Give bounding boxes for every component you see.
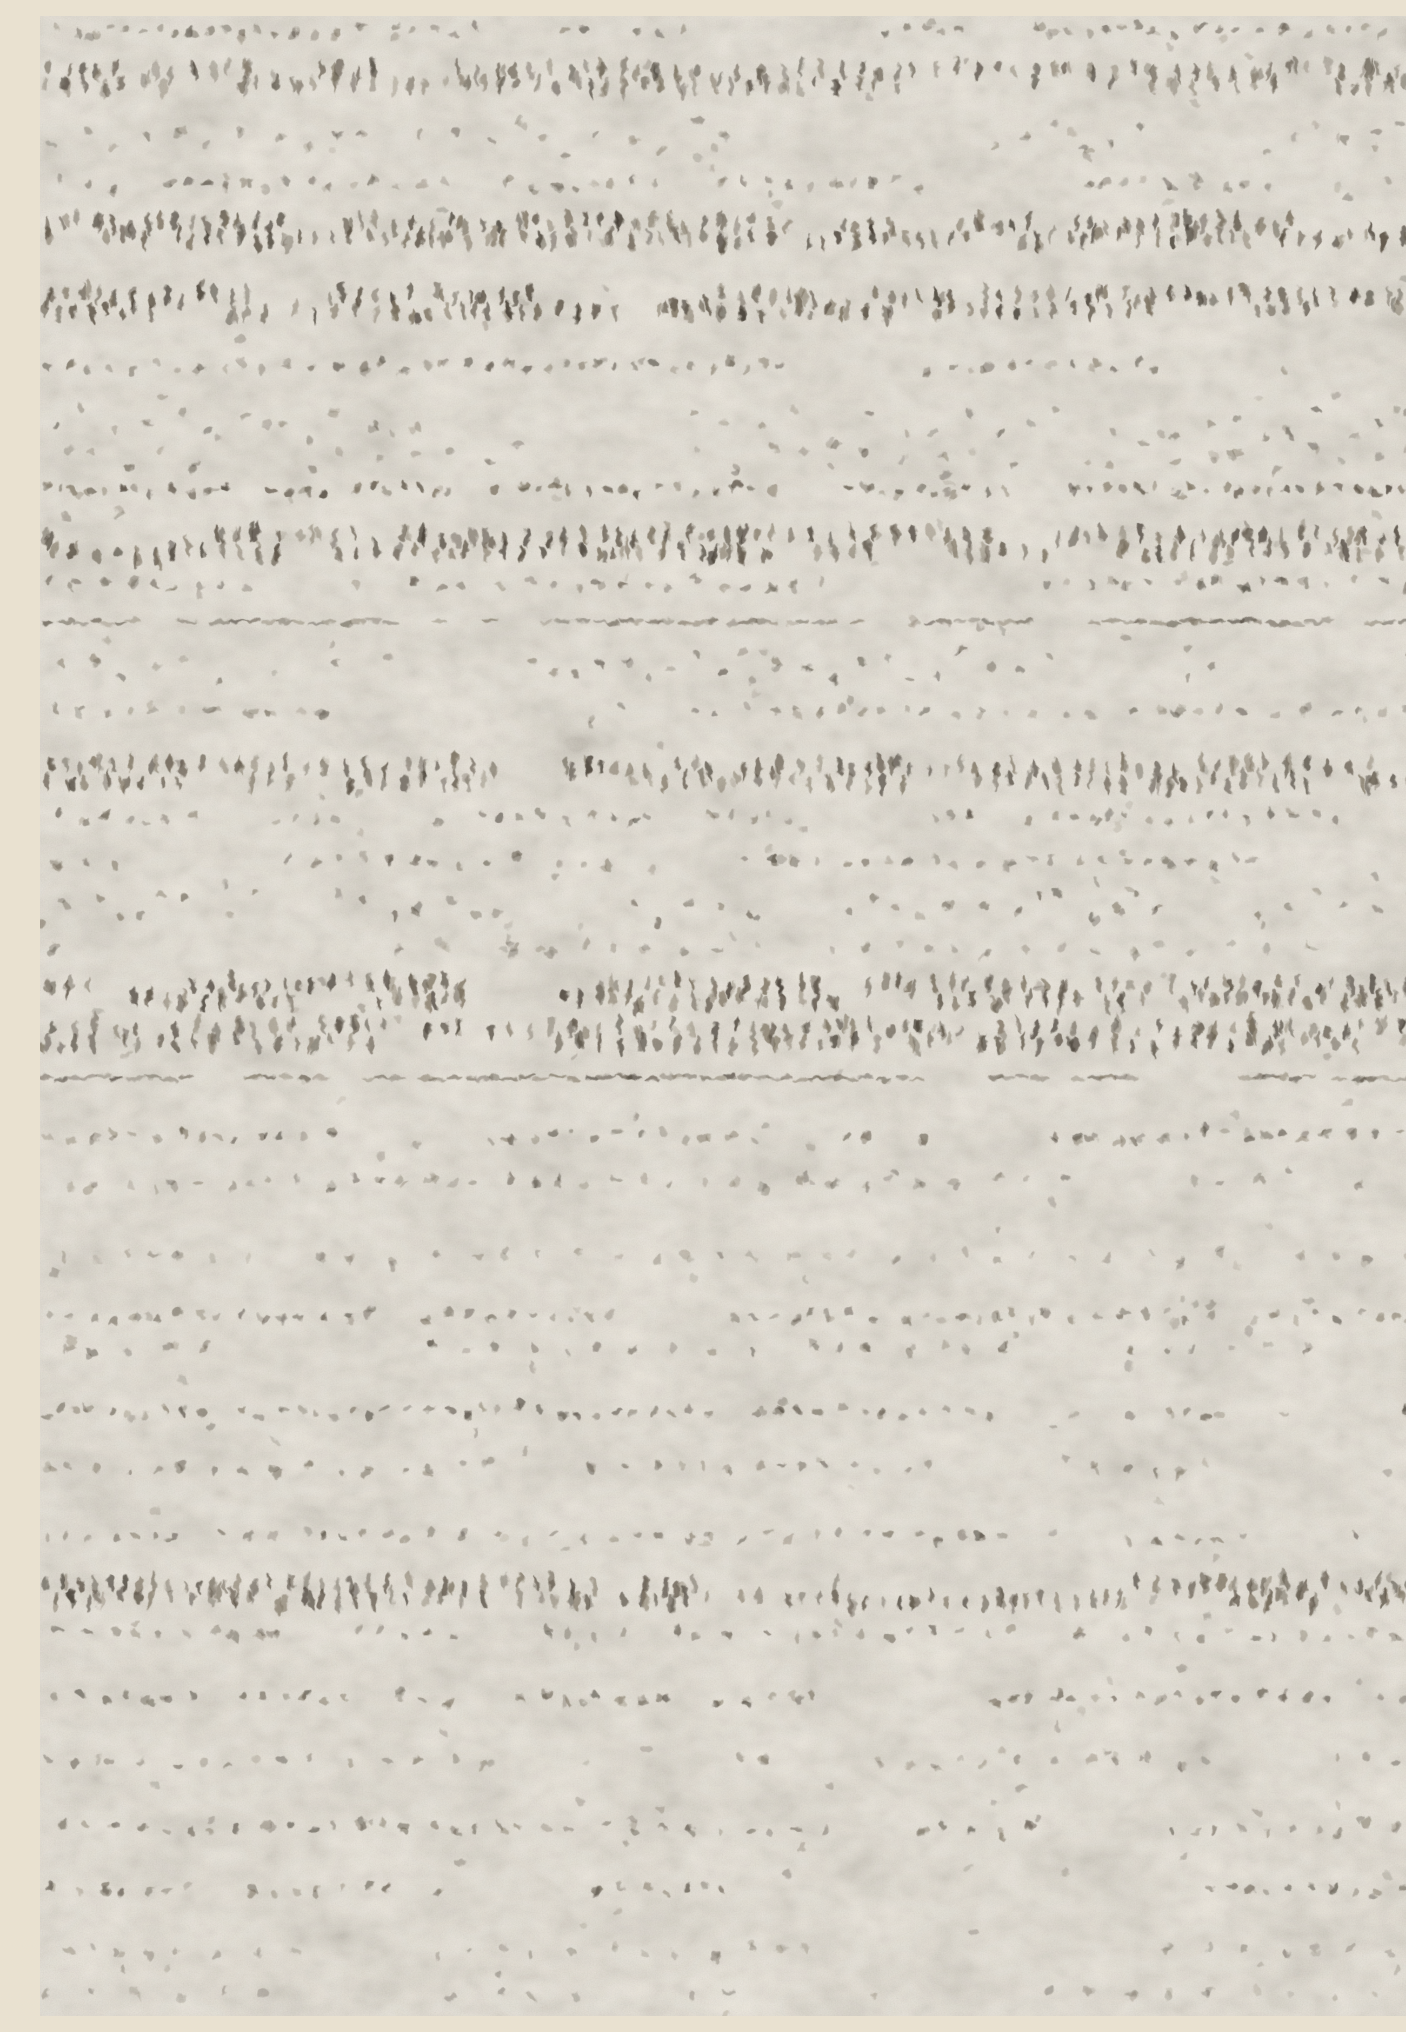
rug-photo: Close-up photograph of a cream ivory sha… [40,16,1406,2016]
rug-texture-svg [40,16,1406,2016]
